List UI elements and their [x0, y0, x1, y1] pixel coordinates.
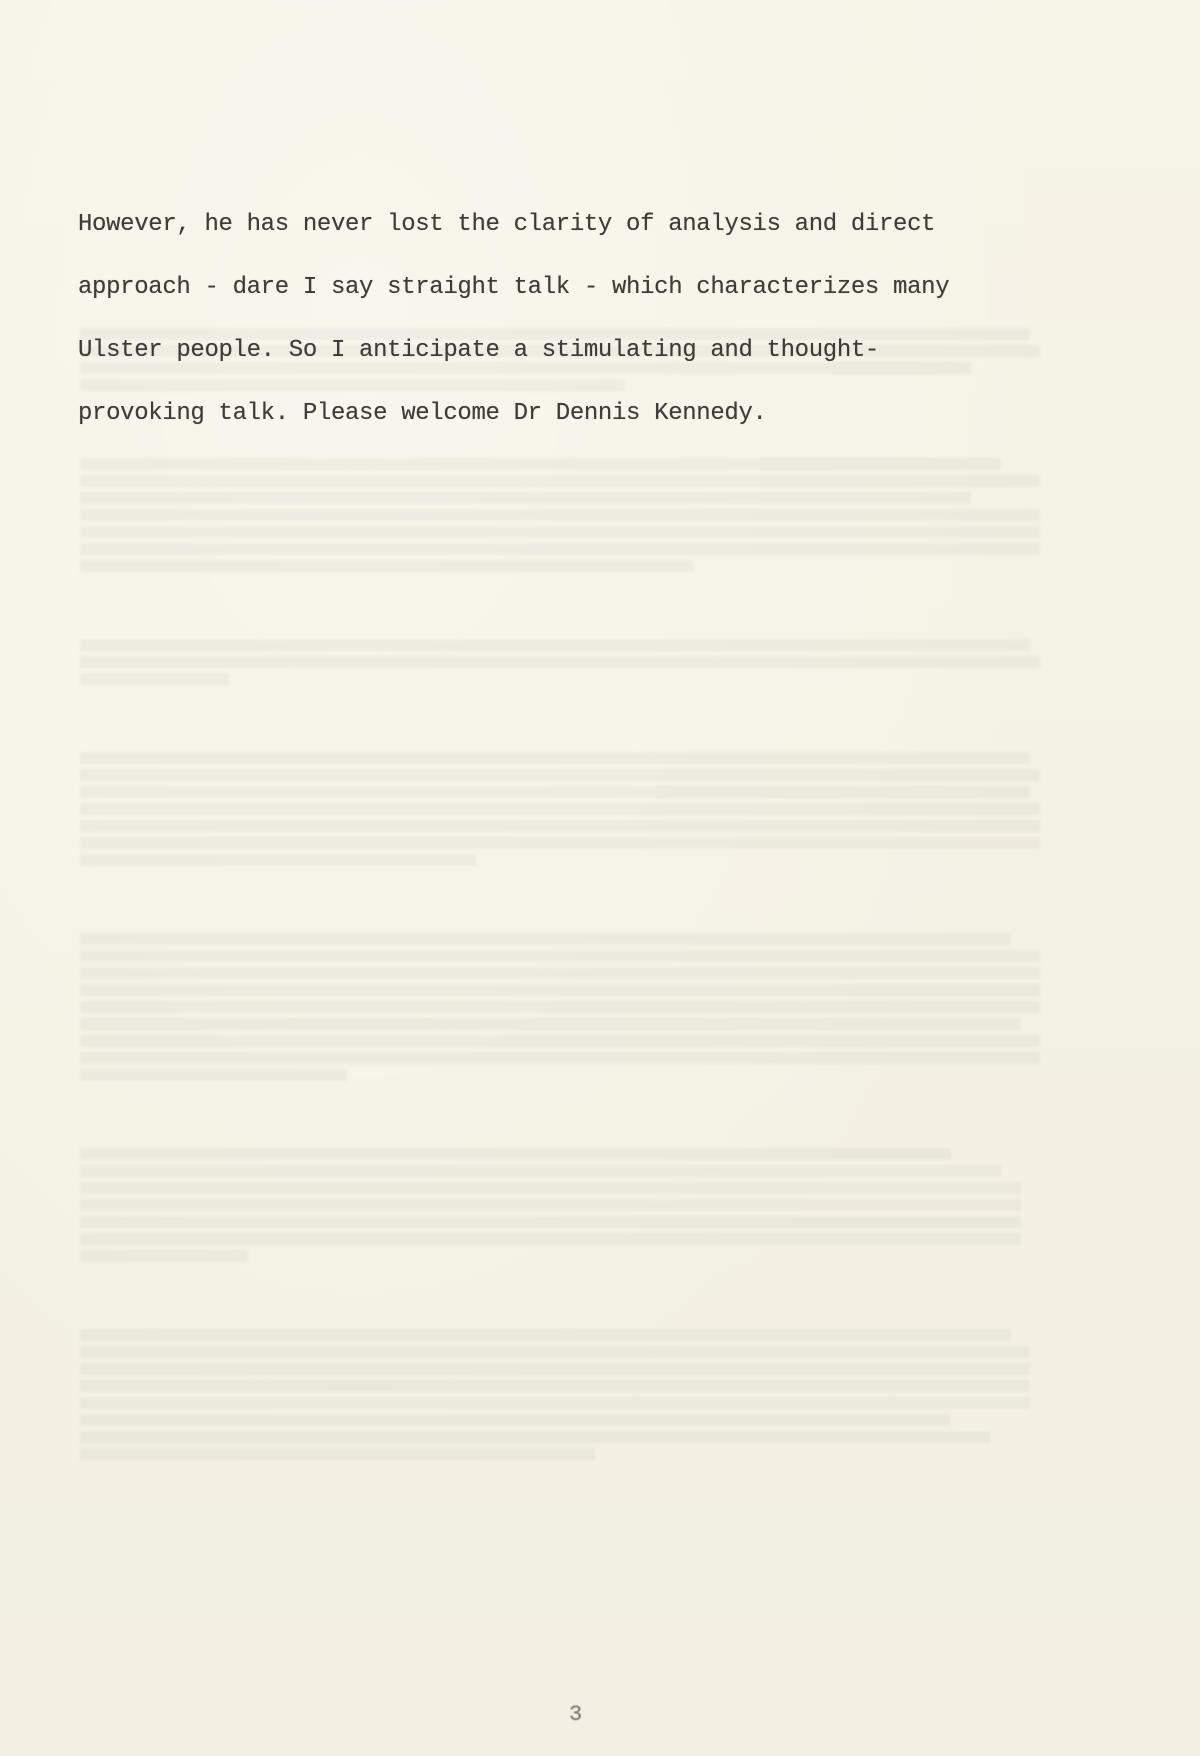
show-through-texture — [80, 282, 1070, 1523]
document-page: However, he has never lost the clarity o… — [0, 0, 1200, 1756]
body-paragraph: However, he has never lost the clarity o… — [78, 172, 949, 466]
page-number: 3 — [569, 1704, 582, 1726]
paragraph-line: However, he has never lost the clarity o… — [78, 214, 949, 235]
paragraph-line: provoking talk. Please welcome Dr Dennis… — [78, 403, 949, 424]
paragraph-line: approach - dare I say straight talk - wh… — [78, 277, 949, 298]
paragraph-line: Ulster people. So I anticipate a stimula… — [78, 340, 949, 361]
